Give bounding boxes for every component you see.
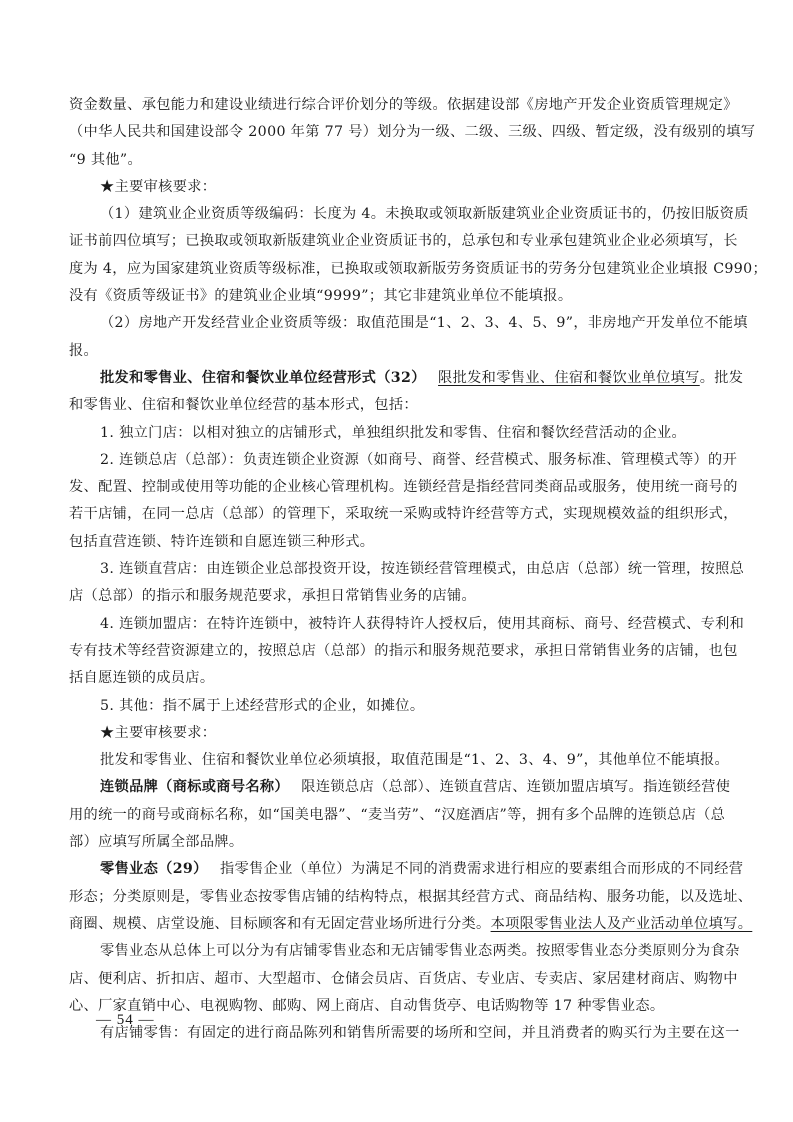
paragraph-line: 部）应填写所属全部品牌。: [69, 829, 723, 856]
paragraph-text: 。批发: [700, 370, 744, 386]
paragraph-line: “9 其他”。: [69, 147, 723, 174]
paragraph-line: 若干店铺，在同一总店（总部）的管理下，采取统一采购或特许经营等方式，实现规模效益…: [69, 501, 723, 528]
paragraph-line: 零售业态从总体上可以分为有店铺零售业态和无店铺零售业态两类。按照零售业态分类原则…: [69, 938, 723, 965]
paragraph-line: 证书前四位填写；已换取或领取新版建筑业企业资质证书的，总承包和专业承包建筑业企业…: [69, 228, 723, 255]
section-heading-line: 零售业态（29） 指零售企业（单位）为满足不同的消费需求进行相应的要素组合而形成…: [69, 856, 723, 883]
paragraph-line: 没有《资质等级证书》的建筑业企业填“9999”；其它非建筑业单位不能填报。: [69, 283, 723, 310]
list-item: 4. 连锁加盟店：在特许连锁中，被特许人获得特许人授权后，使用其商标、商号、经营…: [69, 611, 723, 638]
paragraph-line: 发、配置、控制或使用等功能的企业核心管理机构。连锁经营是指经营同类商品或服务，使…: [69, 474, 723, 501]
paragraph-line: 心、厂家直销中心、电视购物、邮购、网上商店、自动售货亭、电话购物等 17 种零售…: [69, 993, 723, 1020]
list-item: 2. 连锁总店（总部）：负责连锁企业资源（如商号、商誉、经营模式、服务标准、管理…: [69, 447, 723, 474]
section-heading-line: 连锁品牌（商标或商号名称） 限连锁总店（总部）、连锁直营店、连锁加盟店填写。指连…: [69, 774, 723, 801]
paragraph-line: 包括直营连锁、特许连锁和自愿连锁三种形式。: [69, 529, 723, 556]
paragraph-text: 指零售企业（单位）为满足不同的消费需求进行相应的要素组合而形成的不同经营: [201, 861, 744, 877]
paragraph-text: 商圈、规模、店堂设施、目标顾客和有无固定营业场所进行分类。: [69, 916, 491, 932]
paragraph-line: 资金数量、承包能力和建设业绩进行综合评价划分的等级。依据建设部《房地产开发企业资…: [69, 92, 723, 119]
paragraph-line: 有店铺零售：有固定的进行商品陈列和销售所需要的场所和空间，并且消费者的购买行为主…: [69, 1020, 723, 1047]
paragraph-text: 限连锁总店（总部）、连锁直营店、连锁加盟店填写。指连锁经营使: [282, 779, 730, 795]
paragraph-line: 店、便利店、折扣店、超市、大型超市、仓储会员店、百货店、专业店、专卖店、家居建材…: [69, 966, 723, 993]
paragraph-line: 和零售业、住宿和餐饮业单位经营的基本形式，包括：: [69, 392, 723, 419]
page-number: — 54 —: [96, 1012, 155, 1029]
scope-note-underlined: 本项限零售业法人及产业活动单位填写。: [491, 916, 753, 932]
paragraph-line: 店（总部）的指示和服务规范要求，承担日常销售业务的店铺。: [69, 583, 723, 610]
paragraph-line: 报。: [69, 338, 723, 365]
scope-note-underlined: 限批发和零售业、住宿和餐饮业单位填写: [438, 370, 700, 386]
review-requirements-heading: ★主要审核要求：: [69, 174, 723, 201]
paragraph-line: 形态；分类原则是，零售业态按零售店铺的结构特点，根据其经营方式、商品结构、服务功…: [69, 884, 723, 911]
section-heading-line: 批发和零售业、住宿和餐饮业单位经营形式（32） 限批发和零售业、住宿和餐饮业单位…: [69, 365, 723, 392]
paragraph-line: （中华人民共和国建设部令 2000 年第 77 号）划分为一级、二级、三级、四级…: [69, 119, 723, 146]
review-requirements-heading: ★主要审核要求：: [69, 720, 723, 747]
document-page: 资金数量、承包能力和建设业绩进行综合评价划分的等级。依据建设部《房地产开发企业资…: [69, 92, 723, 1047]
list-item: 3. 连锁直营店：由连锁企业总部投资开设，按连锁经营管理模式，由总店（总部）统一…: [69, 556, 723, 583]
list-item: 5. 其他：指不属于上述经营形式的企业，如摊位。: [69, 693, 723, 720]
paragraph-line: 商圈、规模、店堂设施、目标顾客和有无固定营业场所进行分类。本项限零售业法人及产业…: [69, 911, 723, 938]
paragraph-line: 用的统一的商号或商标名称，如“国美电器”、“麦当劳”、“汉庭酒店”等，拥有多个品…: [69, 802, 723, 829]
paragraph-line: （2）房地产开发经营业企业资质等级：取值范围是“1、2、3、4、5、9”，非房地…: [69, 310, 723, 337]
paragraph-line: 专有技术等经营资源建立的，按照总店（总部）的指示和服务规范要求，承担日常销售业务…: [69, 638, 723, 665]
list-item: 1. 独立门店：以相对独立的店铺形式，单独组织批发和零售、住宿和餐饮经营活动的企…: [69, 420, 723, 447]
paragraph-line: 批发和零售业、住宿和餐饮业单位必须填报，取值范围是“1、2、3、4、9”，其他单…: [69, 747, 723, 774]
paragraph-line: 度为 4，应为国家建筑业资质等级标准，已换取或领取新版劳务资质证书的劳务分包建筑…: [69, 256, 723, 283]
paragraph-line: 括自愿连锁的成员店。: [69, 665, 723, 692]
section-term-chain-brand: 连锁品牌（商标或商号名称）: [100, 779, 282, 795]
section-term-business-form: 批发和零售业、住宿和餐饮业单位经营形式（32）: [100, 370, 419, 386]
paragraph-line: （1）建筑业企业资质等级编码：长度为 4。未换取或领取新版建筑业企业资质证书的，…: [69, 201, 723, 228]
section-term-retail-format: 零售业态（29）: [100, 861, 201, 877]
